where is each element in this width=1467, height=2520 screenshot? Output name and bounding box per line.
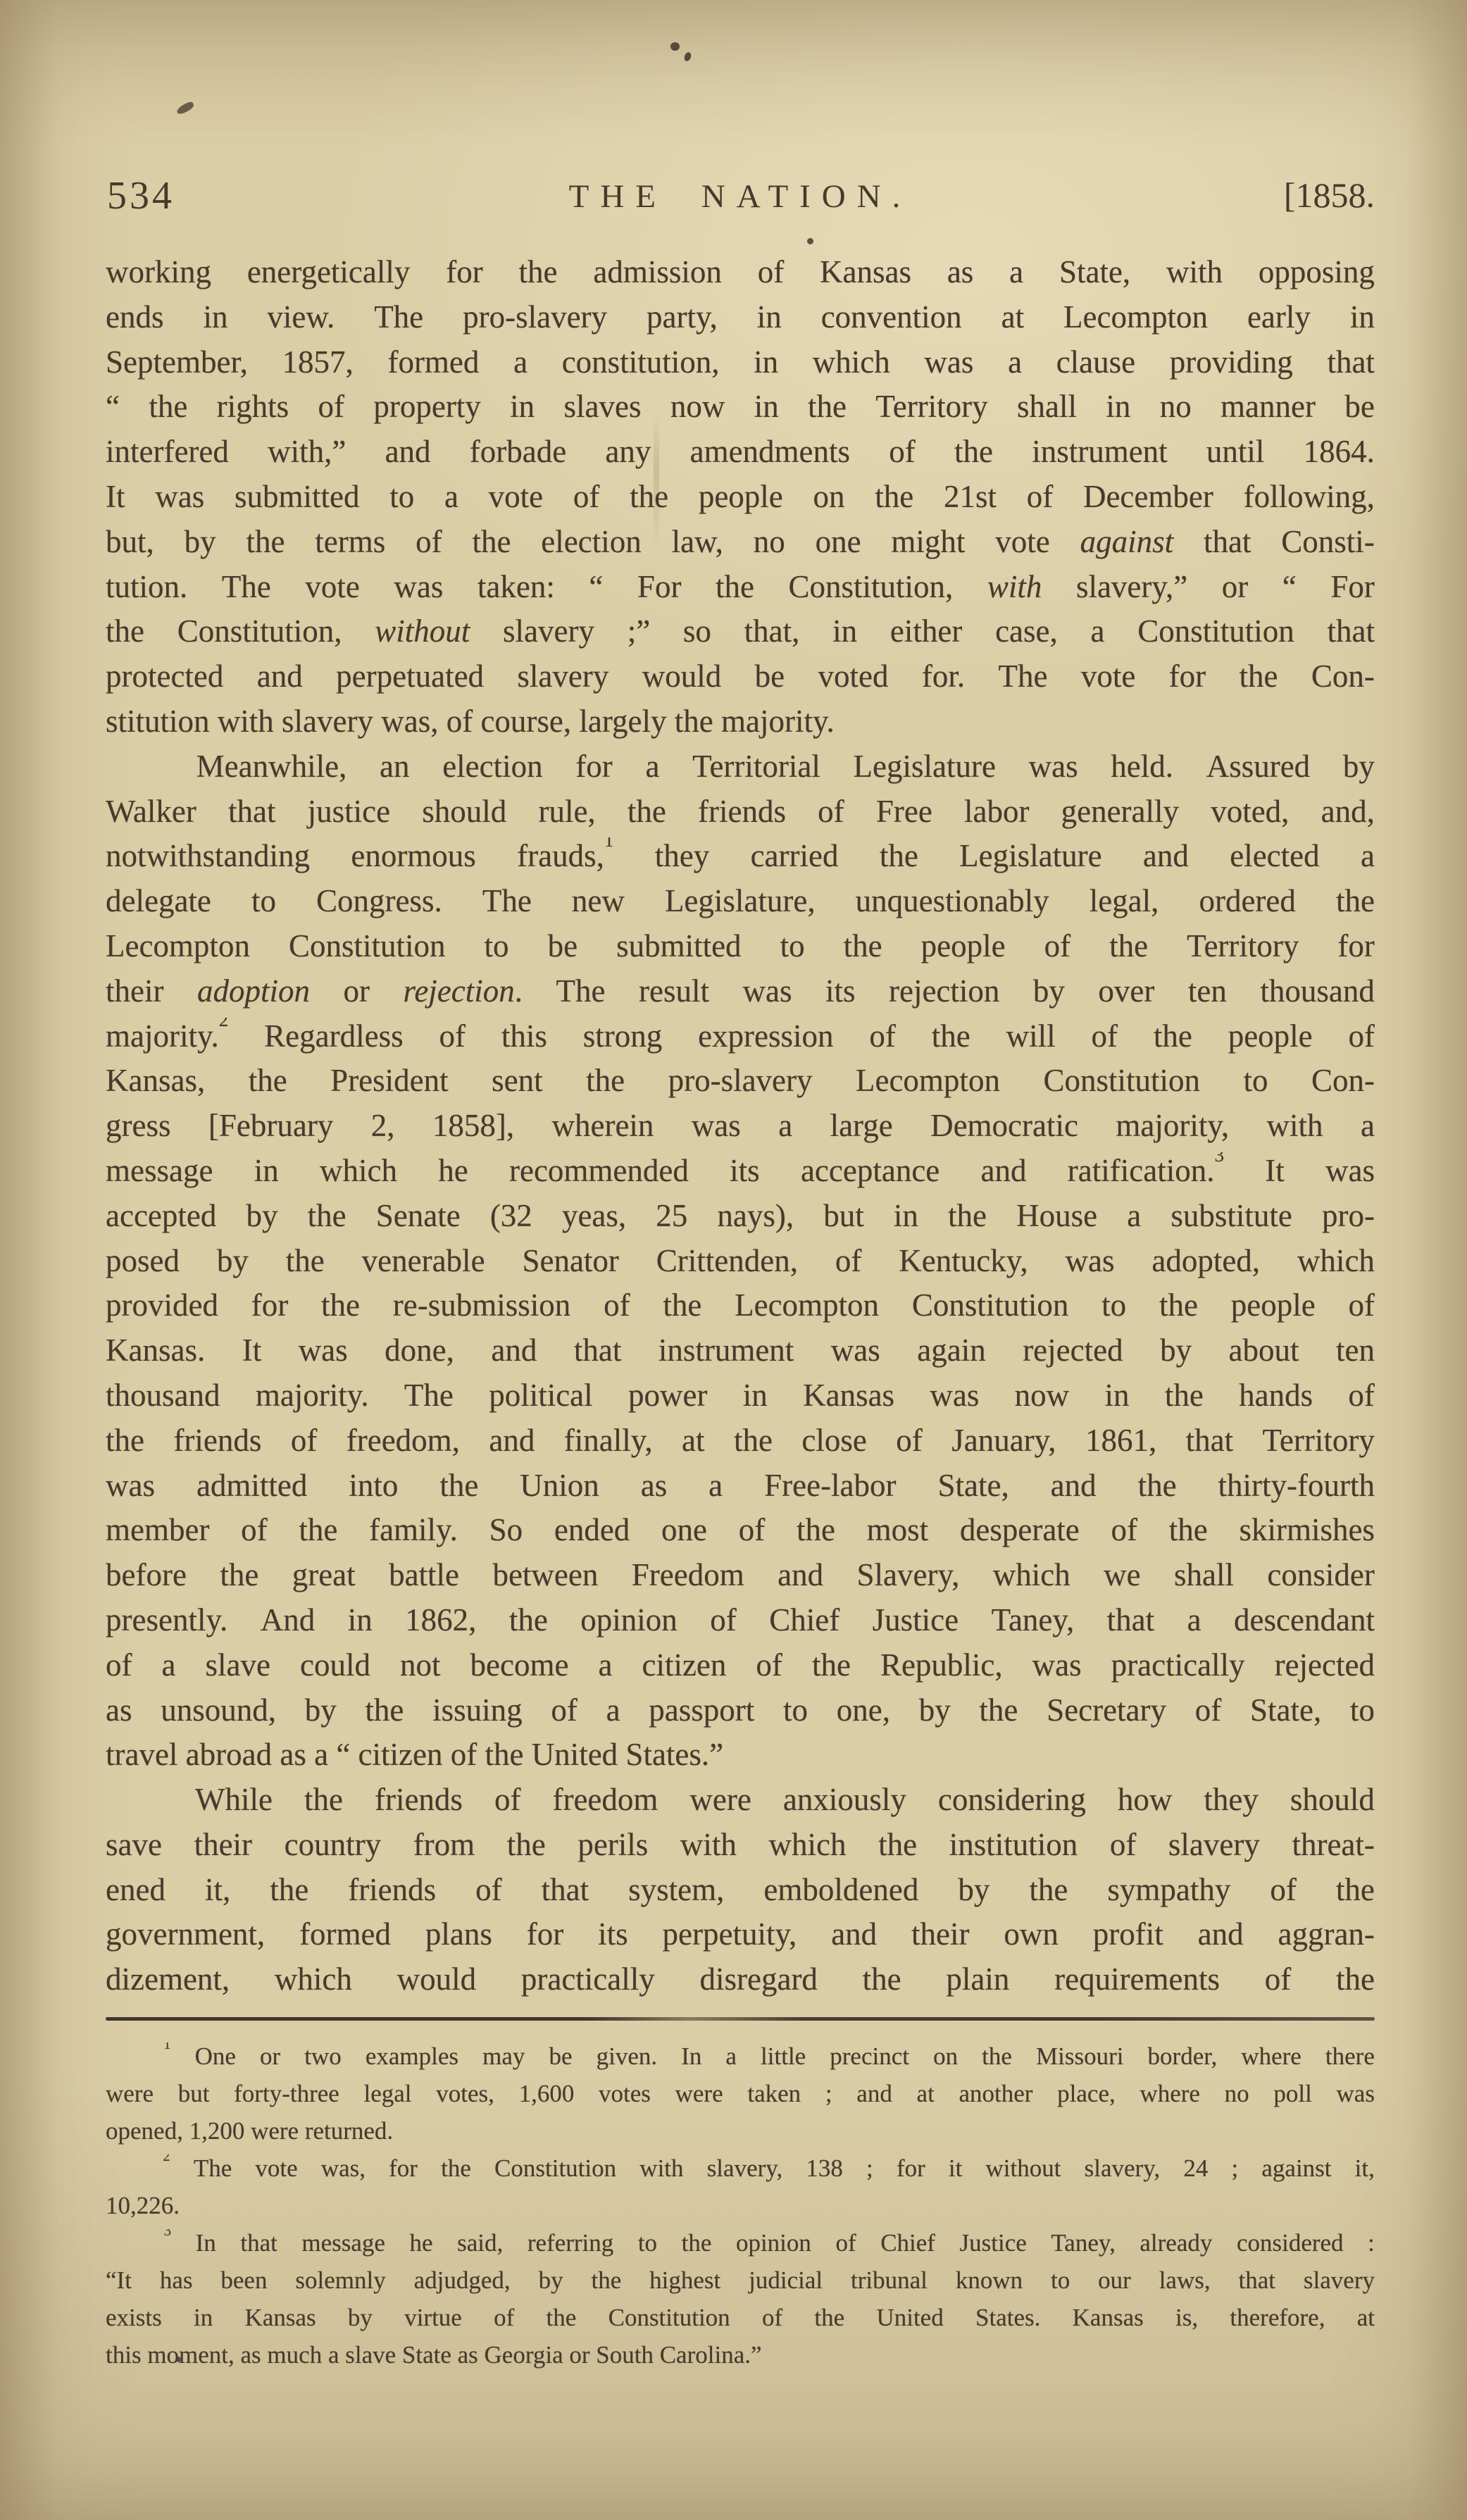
text-line: asunsound,bytheissuingofapassporttoone,b… (106, 1692, 1375, 1737)
text-line: dizement,whichwouldpracticallydisregardt… (106, 1961, 1375, 2006)
text-line: Kansas,thePresidentsentthepro-slaveryLec… (106, 1062, 1375, 1107)
text-line: memberofthefamily.Soendedoneofthemostdes… (106, 1511, 1375, 1557)
text-line: September,1857,formedaconstitution,inwhi… (106, 344, 1375, 389)
text-line: savetheircountryfromtheperilswithwhichth… (106, 1826, 1375, 1871)
text-line: Whilethefriendsoffreedomwereanxiouslycon… (106, 1781, 1375, 1826)
text-line: stitution with slavery was, of course, l… (106, 703, 1375, 748)
text-line: 1Oneortwoexamplesmaybegiven.Inalittlepre… (106, 2042, 1375, 2080)
text-line: tution.Thevotewastaken:“FortheConstituti… (106, 568, 1375, 613)
text-line: thousandmajority.ThepoliticalpowerinKans… (106, 1377, 1375, 1422)
text-line: werebutforty-threelegalvotes,1,600votesw… (106, 2080, 1375, 2117)
running-date: [1858. (1284, 175, 1375, 216)
text-line: thefriendsoffreedom,andfinally,attheclos… (106, 1422, 1375, 1467)
text-line: Walkerthatjusticeshouldrule,thefriendsof… (106, 793, 1375, 838)
text-line: messageinwhichherecommendeditsacceptance… (106, 1152, 1375, 1197)
text-line: theConstitution,withoutslavery;”sothat,i… (106, 613, 1375, 658)
text-line: posedbythevenerableSenatorCrittenden,ofK… (106, 1242, 1375, 1287)
text-line: 2Thevotewas,fortheConstitutionwithslaver… (106, 2154, 1375, 2192)
text-line: Meanwhile,anelectionforaTerritorialLegis… (106, 748, 1375, 793)
text-line: notwithstandingenormousfrauds,1theycarri… (106, 837, 1375, 882)
text-line: theiradoptionorrejection.Theresultwasits… (106, 973, 1375, 1018)
running-title: THE NATION. (569, 177, 912, 216)
text-line: enedit,thefriendsofthatsystem,emboldened… (106, 1871, 1375, 1916)
ink-speck (807, 238, 813, 244)
footnote-separator-rule (106, 2017, 1375, 2021)
running-header: 534 THE NATION. [1858. (106, 168, 1375, 224)
page-number: 534 (107, 173, 175, 218)
text-line: interferedwith,”andforbadeanyamendmentso… (106, 433, 1375, 478)
text-line: LecomptonConstitutiontobesubmittedtothep… (106, 928, 1375, 973)
text-line: gress[February2,1858],whereinwasalargeDe… (106, 1107, 1375, 1152)
text-line: workingenergeticallyfortheadmissionofKan… (106, 254, 1375, 299)
text-line: delegatetoCongress.ThenewLegislature,unq… (106, 882, 1375, 928)
book-page-scan: 534 THE NATION. [1858. workingenergetica… (0, 0, 1467, 2520)
ink-speck (683, 51, 692, 62)
text-line: protectedandperpetuatedslaverywouldbevot… (106, 658, 1375, 703)
text-line: opened, 1,200 were returned. (106, 2117, 1375, 2154)
text-line: presently.Andin1862,theopinionofChiefJus… (106, 1602, 1375, 1647)
text-line: but,bythetermsoftheelectionlaw,noonemigh… (106, 523, 1375, 568)
text-line: travel abroad as a “ citizen of the Unit… (106, 1736, 1375, 1781)
text-line: Itwassubmittedtoavoteofthepeopleonthe21s… (106, 478, 1375, 523)
ink-speck (175, 101, 195, 116)
text-line: government,formedplansforitsperpetuity,a… (106, 1916, 1375, 1961)
text-line: Kansas.Itwasdone,andthatinstrumentwasaga… (106, 1332, 1375, 1377)
text-line: endsinview.Thepro-slaveryparty,inconvent… (106, 299, 1375, 344)
text-line: 3Inthatmessagehesaid,referringtotheopini… (106, 2229, 1375, 2266)
body-text: workingenergeticallyfortheadmissionofKan… (106, 254, 1375, 2006)
ink-speck (670, 42, 680, 51)
text-line: majority.2Regardlessofthisstrongexpressi… (106, 1018, 1375, 1063)
text-line: “therightsofpropertyinslavesnowintheTerr… (106, 388, 1375, 433)
text-line: ofaslavecouldnotbecomeacitizenoftheRepub… (106, 1647, 1375, 1692)
text-line: 10,226. (106, 2192, 1375, 2229)
text-line: beforethegreatbattlebetweenFreedomandSla… (106, 1557, 1375, 1602)
text-line: “Ithasbeensolemnlyadjudged,bythehighestj… (106, 2266, 1375, 2304)
footnotes: 1Oneortwoexamplesmaybegiven.Inalittlepre… (106, 2042, 1375, 2378)
text-line: acceptedbytheSenate(32yeas,25nays),butin… (106, 1197, 1375, 1242)
text-line: existsinKansasbyvirtueoftheConstitutiono… (106, 2304, 1375, 2341)
text-line: providedforthere-submissionoftheLecompto… (106, 1287, 1375, 1332)
text-line: wasadmittedintotheUnionasaFree-laborStat… (106, 1467, 1375, 1512)
text-line: this moment, as much a slave State as Ge… (106, 2341, 1375, 2378)
